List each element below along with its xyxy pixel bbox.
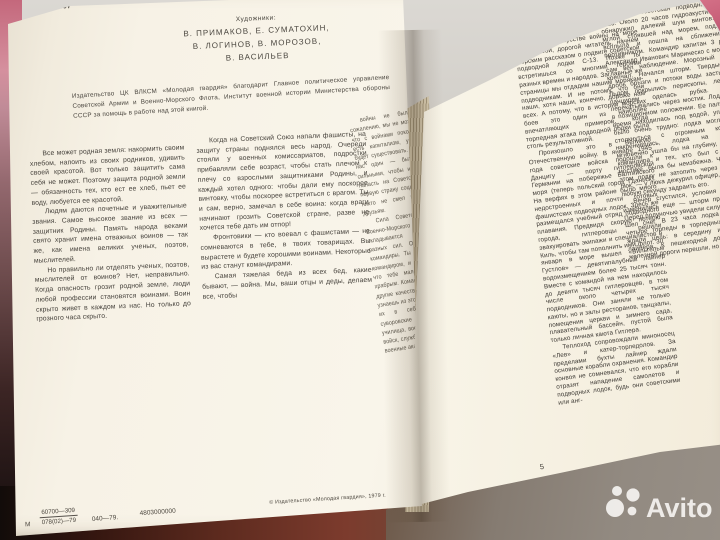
body-paragraph: Людям даются почетные и уважительные зва…	[32, 202, 189, 267]
left-page-column-2: Когда на Советский Союз напали фашисты, …	[196, 130, 373, 302]
copyright-line: © Издательство «Молодая гвардия», 1979 г…	[269, 490, 429, 506]
body-paragraph: Все может родная земля: накормить своим …	[29, 143, 186, 208]
imprint-letter: М	[25, 521, 31, 528]
body-paragraph: Самая тяжелая беда из всех бед, какие бы…	[202, 266, 373, 302]
imprint-code: 040—79.	[92, 514, 119, 523]
imprint-denominator: 078(02)—79	[40, 516, 78, 527]
avito-watermark-text: Avito	[646, 493, 713, 523]
publisher-acknowledgment: Издательство ЦК ВЛКСМ «Молодая гвардия» …	[72, 73, 391, 121]
imprint-number: 4803000000	[139, 508, 176, 517]
body-paragraph: Но правильно ли отделять ученых, поэтов,…	[34, 260, 191, 325]
body-paragraph: Когда на Советский Союз напали фашисты, …	[196, 130, 370, 234]
avito-logo-icon: Avito	[604, 480, 720, 528]
photo-open-book: М67 Художники: В. ПРИМАКОВ, Е. СУМАТОХИН…	[0, 0, 720, 540]
artists-credit-block: Художники: В. ПРИМАКОВ, Е. СУМАТОХИН, В.…	[150, 11, 364, 68]
page-number: 5	[522, 460, 563, 474]
avito-watermark: Avito	[604, 480, 720, 528]
imprint-fraction: 60700—309 078(02)—79	[39, 507, 78, 527]
left-page-column-1: Все может родная земля: накормить своим …	[29, 143, 191, 324]
